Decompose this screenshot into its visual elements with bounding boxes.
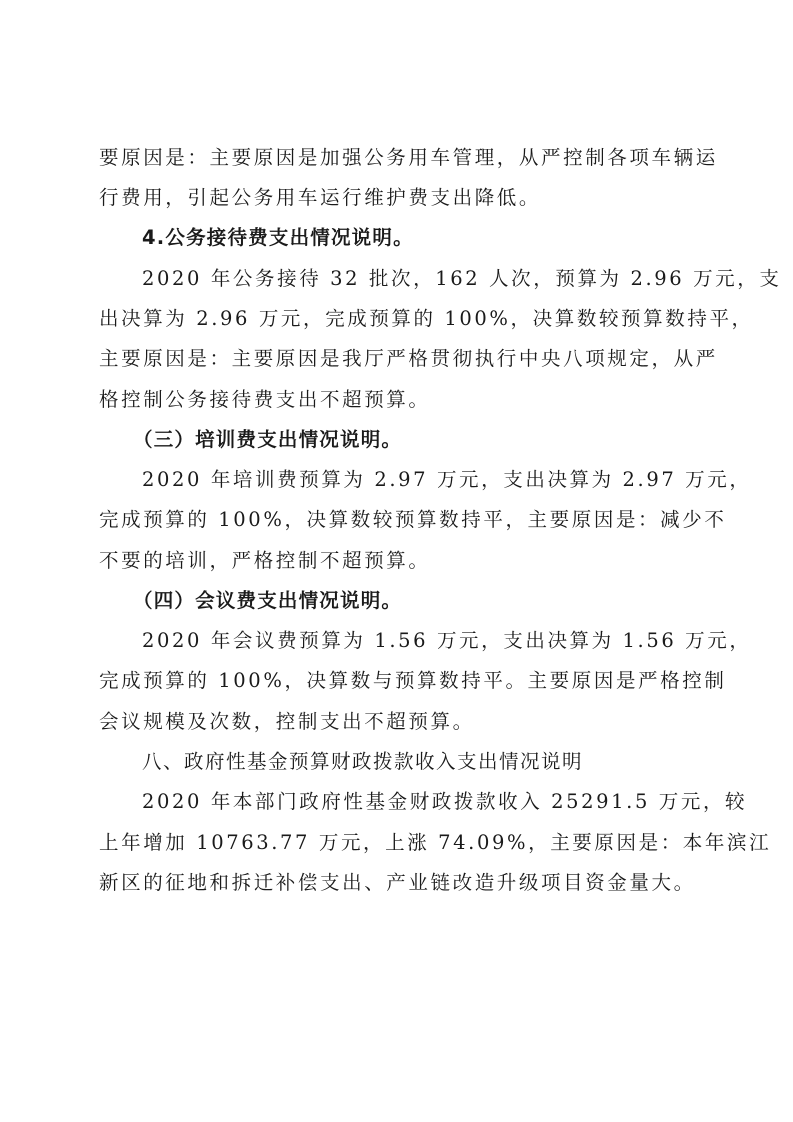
paragraph-line: 上年增加 10763.77 万元，上涨 74.09%，主要原因是：本年滨江 — [99, 831, 699, 855]
paragraph-line: 要原因是：主要原因是加强公务用车管理，从严控制各项车辆运 — [99, 146, 699, 170]
paragraph-line: 2020 年本部门政府性基金财政拨款收入 25291.5 万元，较 — [142, 790, 742, 814]
section-heading-reception: 4.公务接待费支出情况说明。 — [142, 226, 742, 250]
paragraph-line: 新区的征地和拆迁补偿支出、产业链改造升级项目资金量大。 — [99, 871, 699, 895]
paragraph-line: 会议规模及次数，控制支出不超预算。 — [99, 710, 699, 734]
section-heading-government-fund: 八、政府性基金预算财政拨款收入支出情况说明 — [142, 750, 742, 774]
paragraph-line: 不要的培训，严格控制不超预算。 — [99, 549, 699, 573]
paragraph-line: 出决算为 2.96 万元，完成预算的 100%，决算数较预算数持平， — [99, 307, 699, 331]
paragraph-line: 2020 年培训费预算为 2.97 万元，支出决算为 2.97 万元， — [142, 468, 742, 492]
section-heading-meeting: （四）会议费支出情况说明。 — [133, 589, 733, 613]
paragraph-line: 2020 年会议费预算为 1.56 万元，支出决算为 1.56 万元， — [142, 629, 742, 653]
paragraph-line: 格控制公务接待费支出不超预算。 — [99, 388, 699, 412]
paragraph-line: 2020 年公务接待 32 批次，162 人次，预算为 2.96 万元，支 — [142, 267, 742, 291]
paragraph-line: 行费用，引起公务用车运行维护费支出降低。 — [99, 186, 699, 210]
paragraph-line: 完成预算的 100%，决算数与预算数持平。主要原因是严格控制 — [99, 669, 699, 693]
document-page: 要原因是：主要原因是加强公务用车管理，从严控制各项车辆运 行费用，引起公务用车运… — [0, 0, 793, 1122]
paragraph-line: 主要原因是：主要原因是我厅严格贯彻执行中央八项规定，从严 — [99, 347, 699, 371]
section-heading-training: （三）培训费支出情况说明。 — [133, 428, 733, 452]
paragraph-line: 完成预算的 100%，决算数较预算数持平，主要原因是：减少不 — [99, 508, 699, 532]
